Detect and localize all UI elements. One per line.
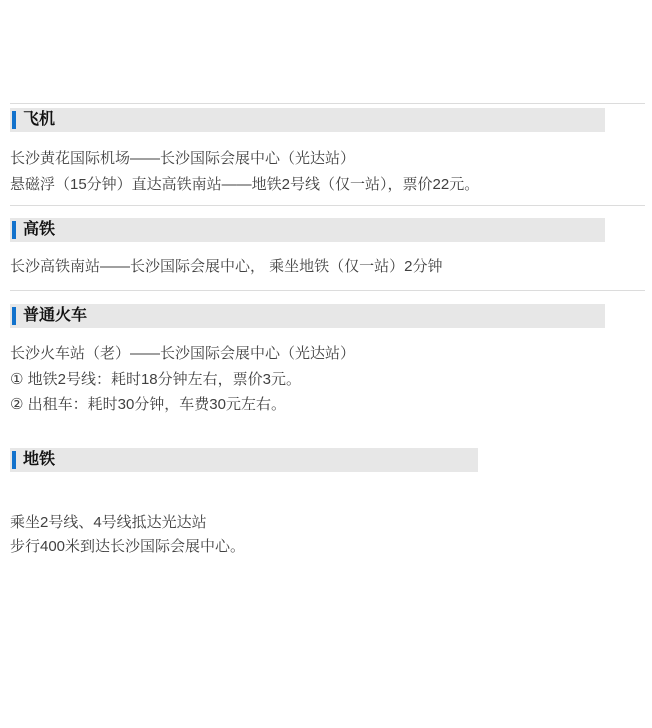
section-divider bbox=[10, 290, 645, 291]
blue-accent-bar bbox=[12, 451, 16, 469]
train-option-2-line: ② 出租车：耗时30分钟，车费30元左右。 bbox=[10, 395, 640, 415]
section-title-hsr: 高铁 bbox=[10, 218, 605, 242]
section-header-train: 普通火车 bbox=[10, 304, 605, 328]
hsr-route-line: 长沙高铁南站——长沙国际会展中心， 乘坐地铁（仅一站）2分钟 bbox=[10, 257, 640, 277]
section-title-subway: 地铁 bbox=[10, 448, 478, 472]
blue-accent-bar bbox=[12, 221, 16, 239]
plane-route-line: 长沙黄花国际机场——长沙国际会展中心（光达站） bbox=[10, 149, 640, 169]
section-divider bbox=[10, 205, 645, 206]
transport-guide-page: 飞机 长沙黄花国际机场——长沙国际会展中心（光达站） 悬磁浮（15分钟）直达高铁… bbox=[0, 0, 652, 728]
section-header-hsr: 高铁 bbox=[10, 218, 605, 242]
section-header-plane: 飞机 bbox=[10, 108, 605, 132]
train-route-line: 长沙火车站（老）——长沙国际会展中心（光达站） bbox=[10, 344, 640, 364]
section-title-train: 普通火车 bbox=[10, 304, 605, 328]
blue-accent-bar bbox=[12, 111, 16, 129]
train-option-1-line: ① 地铁2号线：耗时18分钟左右，票价3元。 bbox=[10, 370, 640, 390]
blue-accent-bar bbox=[12, 307, 16, 325]
section-divider bbox=[10, 103, 645, 104]
subway-walk-line: 步行400米到达长沙国际会展中心。 bbox=[10, 537, 640, 557]
subway-route-line: 乘坐2号线、4号线抵达光达站 bbox=[10, 513, 640, 533]
section-header-subway: 地铁 bbox=[10, 448, 478, 472]
section-title-plane: 飞机 bbox=[10, 108, 605, 132]
plane-detail-line: 悬磁浮（15分钟）直达高铁南站——地铁2号线（仅一站），票价22元。 bbox=[10, 175, 640, 195]
